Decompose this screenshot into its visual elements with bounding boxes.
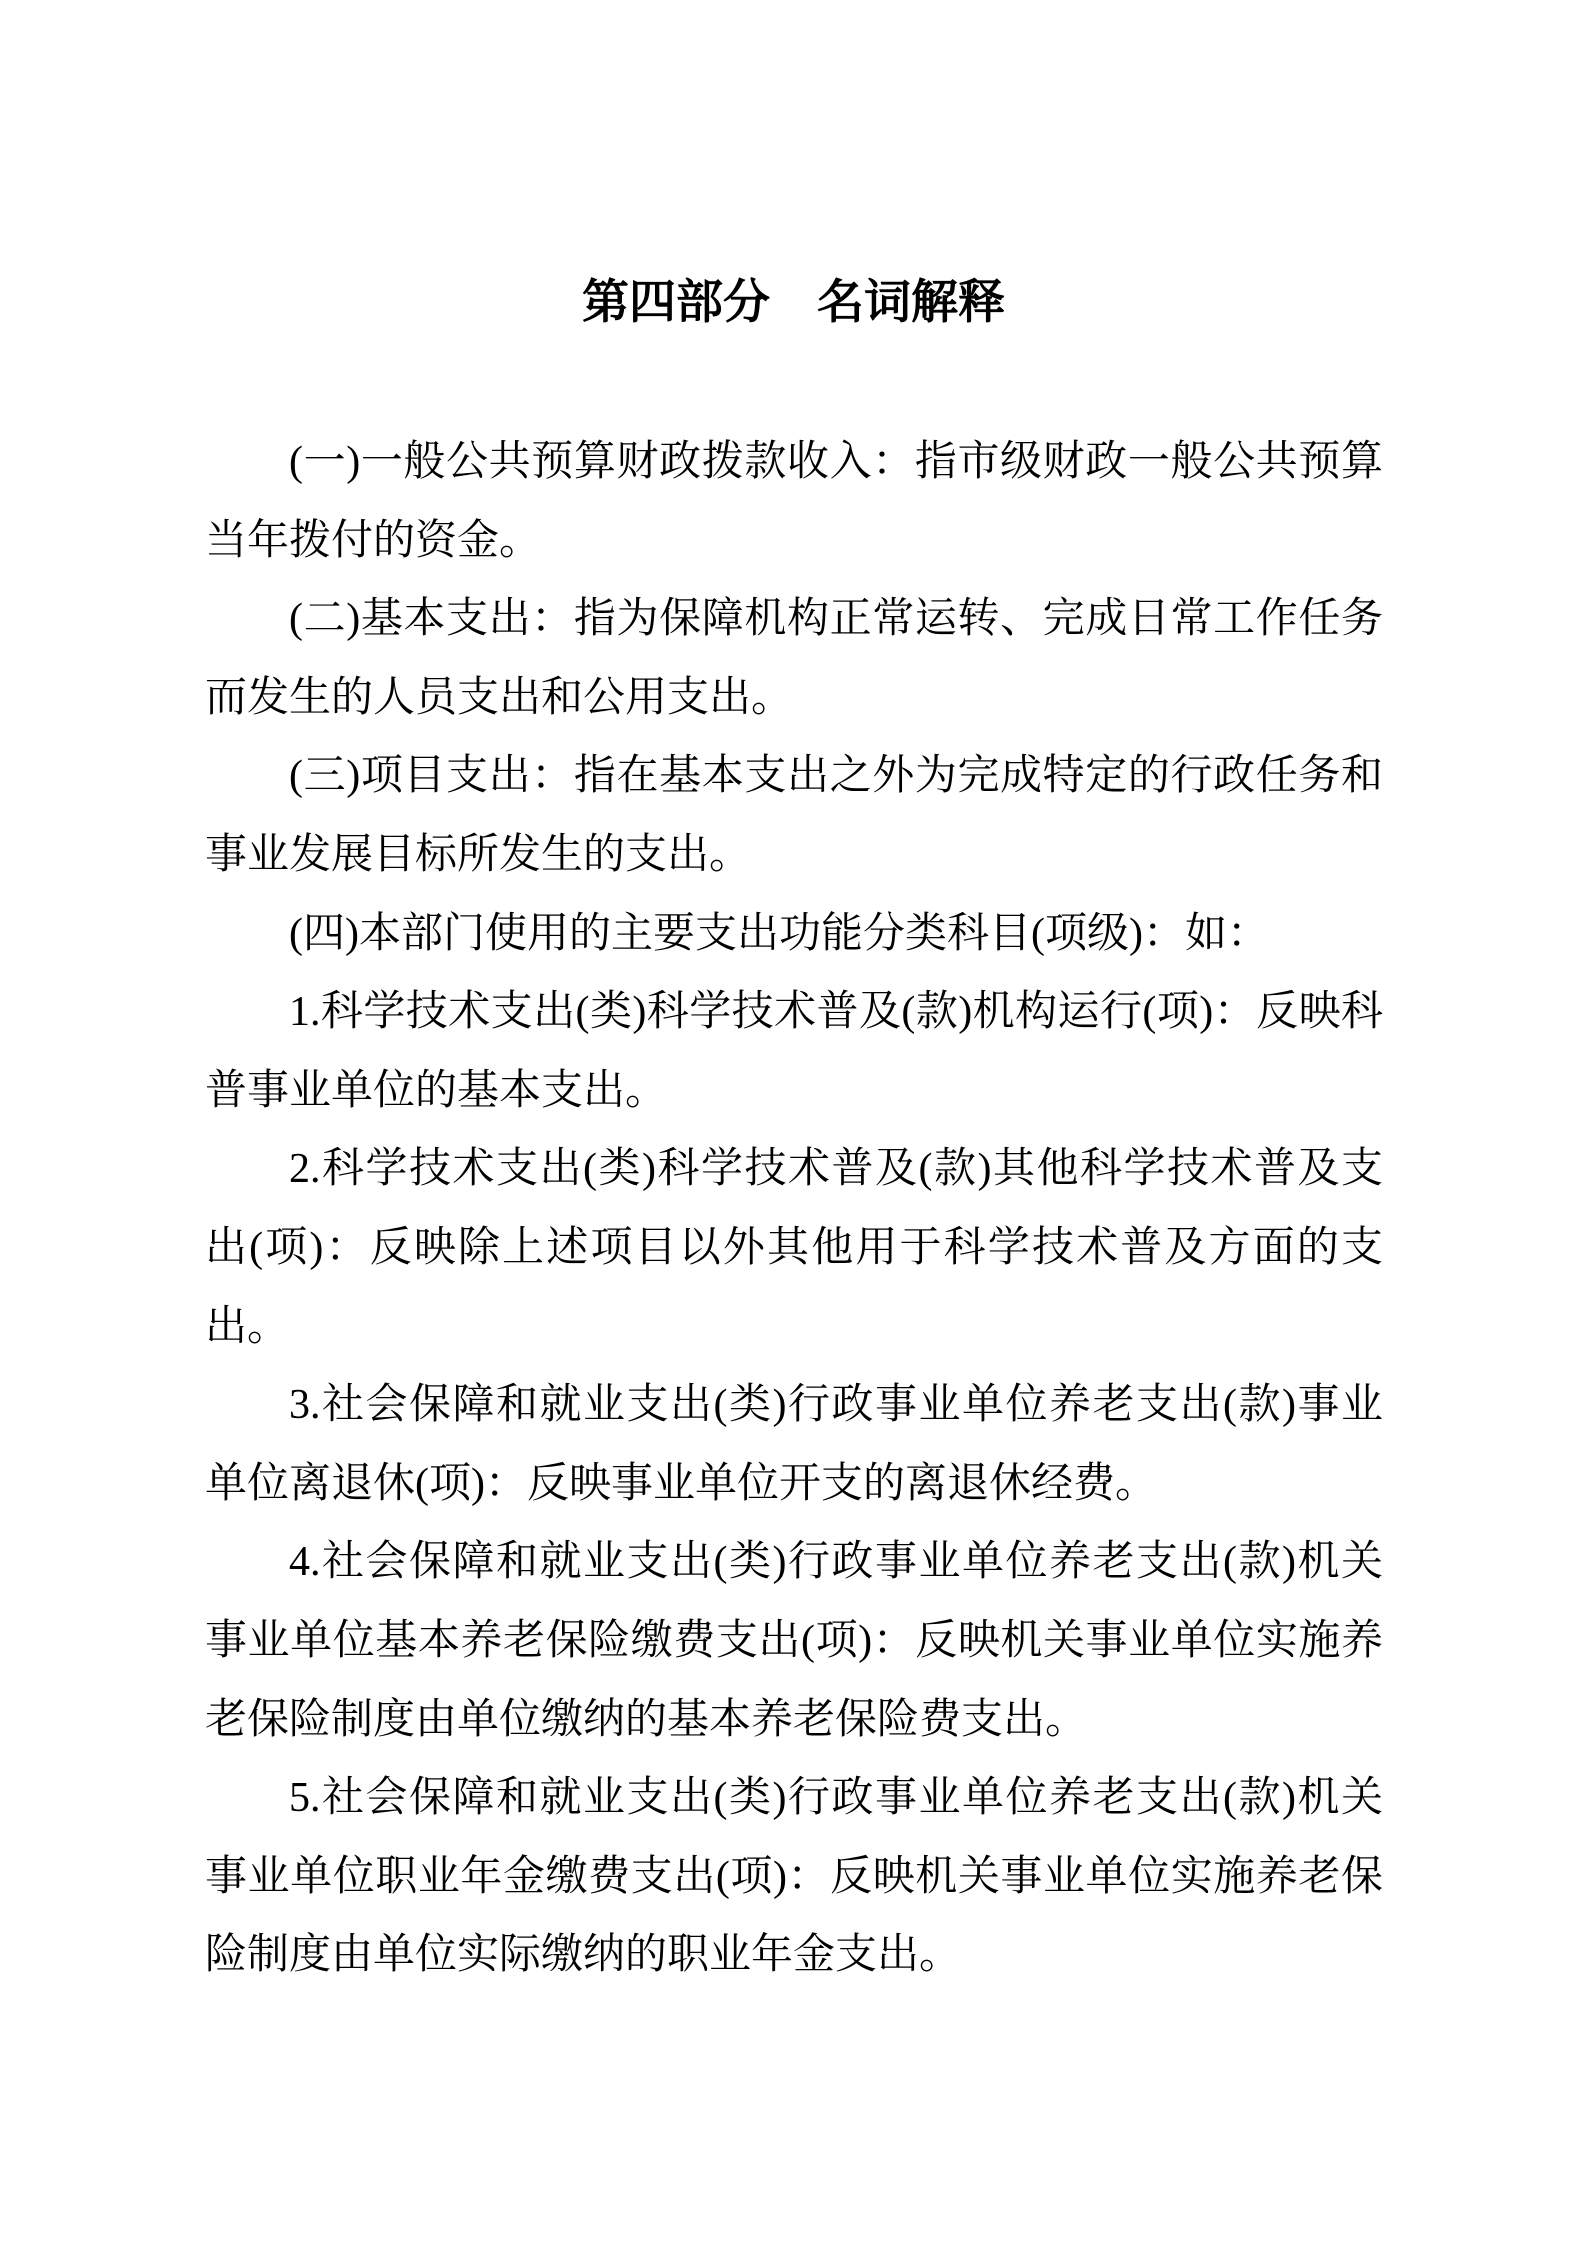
paragraph-functional-classification-intro: (四)本部门使用的主要支出功能分类科目(项级)：如： <box>205 895 1383 974</box>
paragraph-basic-expenditure: (二)基本支出：指为保障机构正常运转、完成日常工作任务而发生的人员支出和公用支出… <box>205 580 1383 737</box>
paragraph-item-2-other-science-popularization: 2.科学技术支出(类)科学技术普及(款)其他科学技术普及支出(项)：反映除上述项… <box>205 1130 1383 1366</box>
paragraph-item-3-retirement-expenditure: 3.社会保障和就业支出(类)行政事业单位养老支出(款)事业单位离退休(项)：反映… <box>205 1366 1383 1523</box>
section-title: 第四部分 名词解释 <box>0 276 1587 328</box>
document-page: 第四部分 名词解释 (一)一般公共预算财政拨款收入：指市级财政一般公共预算当年拨… <box>0 0 1587 2245</box>
paragraph-item-5-occupational-annuity-contribution: 5.社会保障和就业支出(类)行政事业单位养老支出(款)机关事业单位职业年金缴费支… <box>205 1759 1383 1995</box>
paragraph-item-1-science-popularization-operation: 1.科学技术支出(类)科学技术普及(款)机构运行(项)：反映科普事业单位的基本支… <box>205 973 1383 1130</box>
paragraph-item-4-basic-pension-contribution: 4.社会保障和就业支出(类)行政事业单位养老支出(款)机关事业单位基本养老保险缴… <box>205 1523 1383 1759</box>
document-body: (一)一般公共预算财政拨款收入：指市级财政一般公共预算当年拨付的资金。 (二)基… <box>205 423 1383 1995</box>
paragraph-general-public-budget-revenue: (一)一般公共预算财政拨款收入：指市级财政一般公共预算当年拨付的资金。 <box>205 423 1383 580</box>
paragraph-project-expenditure: (三)项目支出：指在基本支出之外为完成特定的行政任务和事业发展目标所发生的支出。 <box>205 737 1383 894</box>
